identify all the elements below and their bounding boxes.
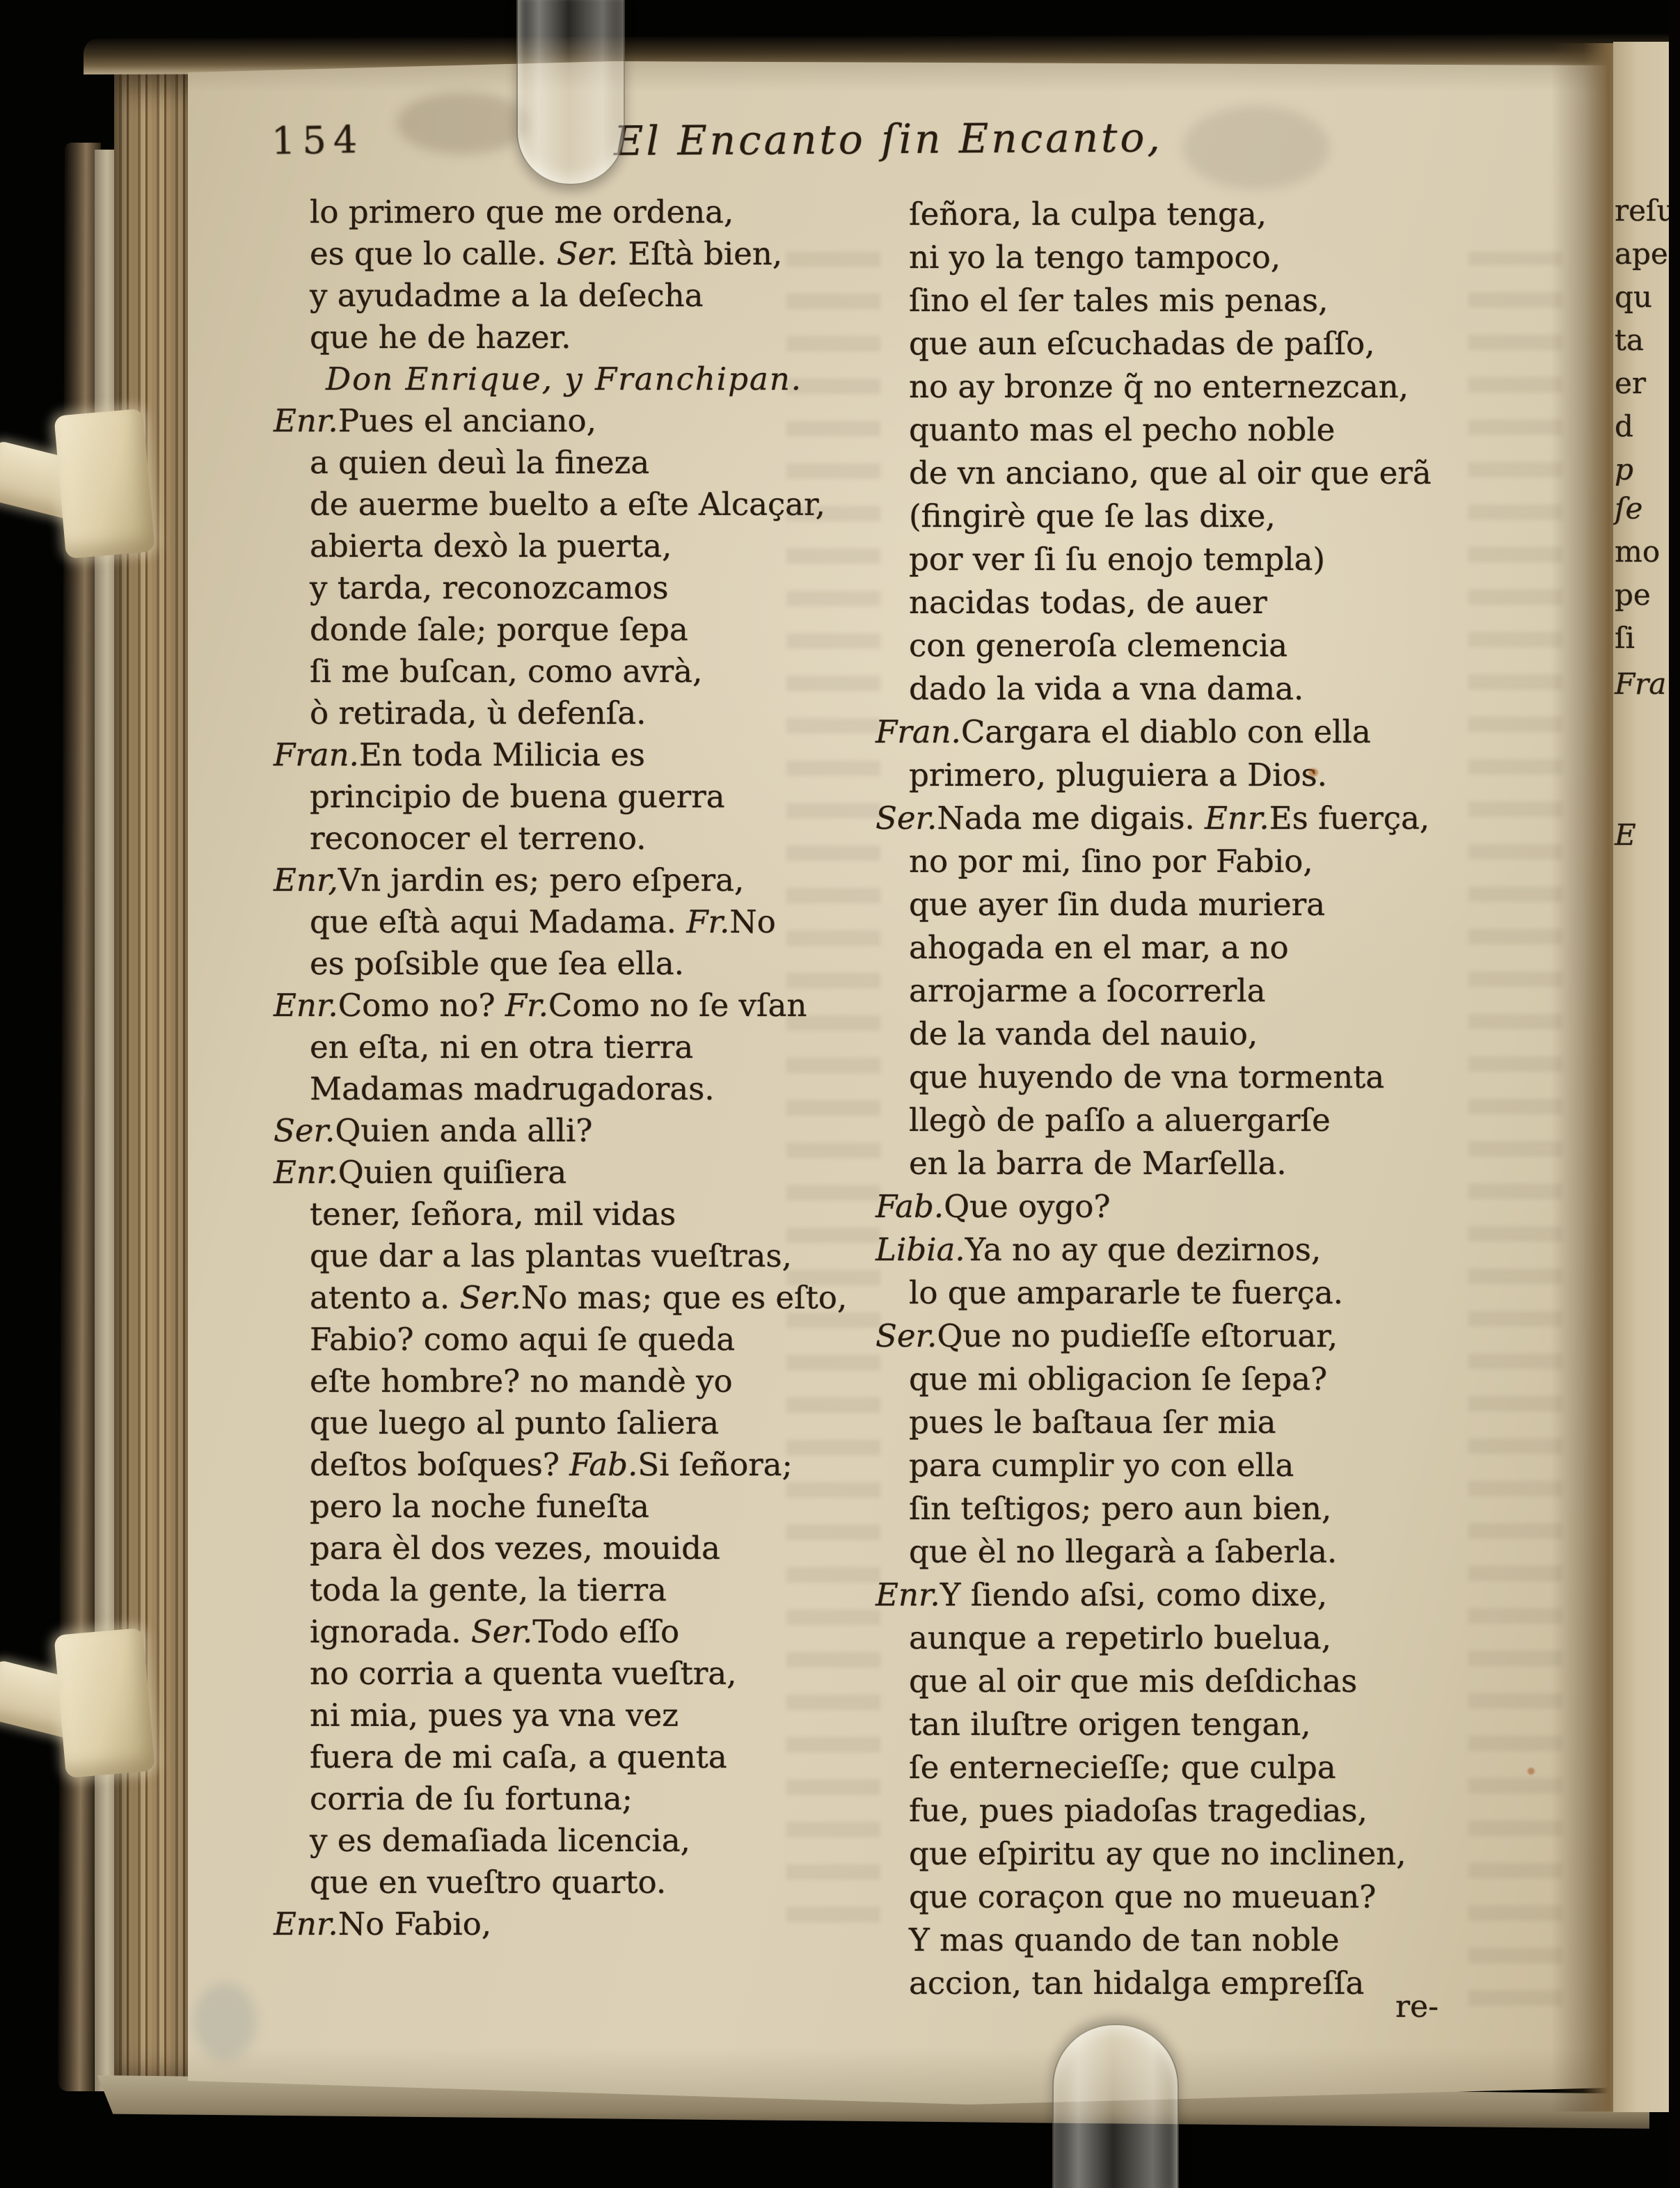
- verse-text: es poſsible que ſea ella.: [310, 945, 684, 982]
- text-column-right: ſeñora, la culpa tenga,ni yo la tengo ta…: [875, 193, 1432, 2005]
- verse-line: de la vanda del nauio,: [909, 1013, 1432, 1056]
- facing-page-text-fragment: ape: [1615, 237, 1668, 271]
- verse-line: accion, tan hidalga empreſſa: [909, 1962, 1432, 2005]
- speaker-abbr: Ser.: [875, 800, 937, 837]
- speaker-abbr: Libia.: [875, 1231, 965, 1268]
- verse-line: para èl dos vezes, mouida: [310, 1528, 847, 1569]
- speaker-abbr: Ser.: [471, 1613, 532, 1650]
- verse-text: Quien anda alli?: [335, 1112, 592, 1149]
- verse-text: eſte hombre? no mandè yo: [310, 1363, 733, 1400]
- verse-text: No mas; que es eſto,: [521, 1279, 847, 1316]
- verse-text: que dar a las plantas vueſtras,: [310, 1237, 792, 1274]
- verse-line: con generoſa clemencia: [909, 624, 1432, 667]
- verse-text: llegò de paſſo a aluergarſe: [909, 1102, 1331, 1139]
- verse-line: tan iluſtre origen tengan,: [909, 1703, 1432, 1746]
- verse-text: Como no?: [338, 987, 505, 1024]
- gutter-shadow: [1551, 43, 1623, 2111]
- verse-text: Fabio? como aqui ſe queda: [310, 1321, 735, 1358]
- speaker-abbr: Don Enrique, y Franchipan.: [326, 360, 802, 397]
- verse-text: que mi obligacion ſe ſepa?: [909, 1361, 1327, 1397]
- verse-line: Ser.Nada me digais. Enr.Es fuerça,: [875, 797, 1432, 840]
- verse-line: que aun eſcuchadas de paſſo,: [909, 322, 1432, 365]
- cloth-bookmark-top-knot: [54, 409, 154, 559]
- verse-line: principio de buena guerra: [310, 776, 847, 818]
- verse-text: que eſtà aqui Madama.: [310, 903, 686, 940]
- verse-text: que he de hazer.: [310, 319, 571, 356]
- verse-line: ni yo la tengo tampoco,: [909, 236, 1432, 279]
- verse-text: Que no pudieſſe eſtoruar,: [937, 1317, 1338, 1354]
- verse-text: no ay bronze q̃ no enternezcan,: [909, 368, 1409, 405]
- verse-line: ahogada en el mar, a no: [909, 926, 1432, 969]
- facing-page-text-fragment: qu: [1615, 280, 1652, 314]
- verse-line: Ser.Quien anda alli?: [274, 1110, 847, 1152]
- verse-text: Pues el anciano,: [338, 402, 596, 439]
- verse-line: ni mia, pues ya vna vez: [310, 1695, 847, 1736]
- verse-line: no corria a quenta vueſtra,: [310, 1653, 847, 1695]
- verse-text: ahogada en el mar, a no: [909, 929, 1289, 966]
- verse-text: Como no ſe vſan: [548, 987, 807, 1024]
- verse-text: pues le baſtaua ſer mia: [909, 1404, 1276, 1441]
- foxing-spot: [1528, 1768, 1535, 1775]
- verse-text: deſtos boſques?: [310, 1446, 569, 1483]
- verse-line: Don Enrique, y Franchipan.: [326, 358, 847, 400]
- verse-text: lo que ampararle te fuerça.: [909, 1274, 1343, 1311]
- verse-text: aunque a repetirlo buelua,: [909, 1619, 1331, 1656]
- verse-line: que coraçon que no mueuan?: [909, 1876, 1432, 1919]
- facing-page-text-fragment: p: [1615, 452, 1633, 486]
- verse-line: ſino el ſer tales mis penas,: [909, 279, 1432, 322]
- verse-text: pero la noche funeſta: [310, 1488, 649, 1525]
- verse-line: es poſsible que ſea ella.: [310, 943, 847, 985]
- speaker-abbr: Fab.: [875, 1188, 944, 1225]
- speaker-abbr: Ser.: [557, 235, 618, 272]
- verse-line: Enr.Pues el anciano,: [274, 400, 847, 442]
- verse-text: y tarda, reconozcamos: [310, 569, 669, 606]
- verse-line: en eſta, ni en otra tierra: [310, 1026, 847, 1068]
- verse-text: Cargara el diablo con ella: [961, 713, 1371, 750]
- verse-text: de vn anciano, que al oir que erã: [909, 454, 1432, 491]
- verse-line: que eſpiritu ay que no inclinen,: [909, 1832, 1432, 1876]
- verse-text: ſe enternecieſſe; que culpa: [909, 1749, 1336, 1786]
- show-through-ghost: [786, 252, 880, 1922]
- verse-line: arrojarme a ſocorrerla: [909, 969, 1432, 1013]
- verse-text: que al oir que mis deſdichas: [909, 1663, 1357, 1699]
- verse-text: ò retirada, ù defenſa.: [310, 695, 646, 731]
- facing-page-text-fragment: pe: [1615, 578, 1651, 612]
- verse-text: para cumplir yo con ella: [909, 1447, 1294, 1484]
- verse-line: nacidas todas, de auer: [909, 581, 1432, 624]
- verse-line: llegò de paſſo a aluergarſe: [909, 1099, 1432, 1142]
- stain: [397, 92, 529, 154]
- verse-line: Libia.Ya no ay que dezirnos,: [875, 1228, 1432, 1271]
- verse-line: que ayer ſin duda muriera: [909, 883, 1432, 926]
- facing-page-text-fragment: reſu: [1615, 193, 1672, 228]
- verse-text: en la barra de Marſella.: [909, 1145, 1287, 1182]
- speaker-abbr: Fr.: [505, 987, 548, 1024]
- verse-text: Vn jardin es; pero eſpera,: [338, 862, 744, 898]
- verse-line: que èl no llegarà a ſaberla.: [909, 1530, 1432, 1573]
- verse-text: Quien quiſiera: [338, 1154, 566, 1191]
- verse-line: Enr,Vn jardin es; pero eſpera,: [274, 859, 847, 901]
- verse-text: ſin teſtigos; pero aun bien,: [909, 1490, 1331, 1527]
- verse-text: por ver ſi ſu enojo templa): [909, 541, 1325, 578]
- verse-text: no corria a quenta vueſtra,: [310, 1655, 736, 1692]
- speaker-abbr: Fran.: [274, 736, 359, 773]
- verse-line: primero, pluguiera a Dios.: [909, 754, 1432, 797]
- facing-page-text-fragment: d: [1615, 409, 1633, 443]
- verse-text: accion, tan hidalga empreſſa: [909, 1965, 1364, 2001]
- verse-line: de auerme buelto a eſte Alcaçar,: [310, 484, 847, 525]
- verse-text: en eſta, ni en otra tierra: [310, 1029, 693, 1065]
- verse-text: con generoſa clemencia: [909, 627, 1287, 664]
- verse-text: que èl no llegarà a ſaberla.: [909, 1533, 1337, 1570]
- facing-page-text-fragment: ſi: [1615, 621, 1635, 655]
- verse-text: abierta dexò la puerta,: [310, 528, 672, 564]
- verse-text: arrojarme a ſocorrerla: [909, 972, 1265, 1009]
- verse-line: que eſtà aqui Madama. Fr.No: [310, 901, 847, 943]
- verse-line: Y mas quando de tan noble: [909, 1919, 1432, 1962]
- verse-text: de auerme buelto a eſte Alcaçar,: [310, 486, 825, 523]
- verse-text: ignorada.: [310, 1613, 471, 1650]
- verse-text: fue, pues piadoſas tragedias,: [909, 1792, 1368, 1829]
- verse-text: nacidas todas, de auer: [909, 584, 1267, 621]
- verse-text: que coraçon que no mueuan?: [909, 1878, 1376, 1915]
- verse-line: y es demaſiada licencia,: [310, 1820, 847, 1862]
- verse-text: donde ſale; porque ſepa: [310, 611, 688, 648]
- verse-line: abierta dexò la puerta,: [310, 525, 847, 567]
- verse-text: tener, ſeñora, mil vidas: [310, 1196, 676, 1232]
- catchword: re-: [1395, 1989, 1439, 2024]
- verse-line: Enr.Como no? Fr.Como no ſe vſan: [274, 985, 847, 1026]
- verse-line: Madamas madrugadoras.: [310, 1068, 847, 1110]
- verse-line: pues le baſtaua ſer mia: [909, 1401, 1432, 1444]
- verse-line: Enr.Y ſiendo aſsi, como dixe,: [875, 1573, 1432, 1617]
- verse-text: que ayer ſin duda muriera: [909, 886, 1325, 923]
- verse-text: primero, pluguiera a Dios.: [909, 756, 1327, 793]
- verse-text: fuera de mi caſa, a quenta: [310, 1738, 727, 1775]
- verse-text: Y mas quando de tan noble: [909, 1921, 1340, 1958]
- speaker-abbr: Enr,: [274, 862, 338, 898]
- book-page: 154 El Encanto ſin Encanto, lo primero q…: [188, 43, 1608, 2110]
- verse-text: dado la vida a vna dama.: [909, 670, 1303, 707]
- verse-line: Fab.Que oygo?: [875, 1185, 1432, 1228]
- verse-text: ni mia, pues ya vna vez: [310, 1697, 679, 1734]
- verse-line: que dar a las plantas vueſtras,: [310, 1235, 847, 1277]
- speaker-abbr: Fr.: [686, 903, 729, 940]
- verse-text: Eſtà bien,: [618, 235, 782, 272]
- verse-text: En toda Milicia es: [359, 736, 645, 773]
- page-number: 154: [271, 118, 364, 163]
- verse-text: ſino el ſer tales mis penas,: [909, 282, 1328, 319]
- verse-line: a quien deuì la fineza: [310, 442, 847, 484]
- speaker-abbr: Fran.: [875, 713, 961, 750]
- verse-text: toda la gente, la tierra: [310, 1571, 667, 1608]
- verse-line: ſi me buſcan, como avrà,: [310, 651, 847, 692]
- foxing-spot: [1308, 768, 1318, 777]
- verse-text: para èl dos vezes, mouida: [310, 1530, 720, 1567]
- verse-line: Ser.Que no pudieſſe eſtoruar,: [875, 1315, 1432, 1358]
- speaker-abbr: Enr.: [274, 987, 338, 1024]
- verse-line: ſe enternecieſſe; que culpa: [909, 1746, 1432, 1789]
- verse-line: es que lo calle. Ser. Eſtà bien,: [310, 233, 847, 275]
- verse-line: ignorada. Ser.Todo eſſo: [310, 1611, 847, 1653]
- verse-text: (fingirè que ſe las dixe,: [909, 498, 1276, 534]
- show-through-ghost: [1468, 252, 1562, 2006]
- verse-line: eſte hombre? no mandè yo: [310, 1361, 847, 1402]
- plastic-strap-bottom: [1052, 2024, 1179, 2188]
- speaker-abbr: Ser.: [459, 1279, 521, 1316]
- verse-text: Es fuerça,: [1269, 800, 1429, 837]
- verse-line: de vn anciano, que al oir que erã: [909, 452, 1432, 495]
- verse-line: ò retirada, ù defenſa.: [310, 692, 847, 734]
- verse-text: y ayudadme a la deſecha: [310, 277, 703, 314]
- verse-text: ni yo la tengo tampoco,: [909, 239, 1281, 276]
- speaker-abbr: Enr.: [875, 1576, 940, 1613]
- verse-line: corria de ſu fortuna;: [310, 1778, 847, 1820]
- verse-line: y ayudadme a la deſecha: [310, 275, 847, 317]
- text-column-left: lo primero que me ordena,es que lo calle…: [274, 191, 847, 1945]
- verse-line: reconocer el terreno.: [310, 818, 847, 859]
- verse-line: ſeñora, la culpa tenga,: [909, 193, 1432, 236]
- verse-line: dado la vida a vna dama.: [909, 667, 1432, 711]
- verse-text: principio de buena guerra: [310, 778, 724, 815]
- facing-page-text-fragment: mo: [1615, 534, 1660, 569]
- verse-text: tan iluſtre origen tengan,: [909, 1706, 1311, 1743]
- running-title: El Encanto ſin Encanto,: [614, 113, 1163, 165]
- verse-text: Madamas madrugadoras.: [310, 1070, 715, 1107]
- verse-line: atento a. Ser.No mas; que es eſto,: [310, 1277, 847, 1319]
- verse-text: No Fabio,: [338, 1905, 491, 1942]
- verse-line: en la barra de Marſella.: [909, 1142, 1432, 1185]
- verse-line: Fran.En toda Milicia es: [274, 734, 847, 776]
- verse-line: ſin teſtigos; pero aun bien,: [909, 1487, 1432, 1530]
- page-block-fore-edge: [114, 66, 195, 2095]
- verse-line: fuera de mi caſa, a quenta: [310, 1736, 847, 1778]
- verse-line: que huyendo de vna tormenta: [909, 1056, 1432, 1099]
- facing-page-sliver: reſuapequtaerdpſemopeſiFraE: [1613, 42, 1672, 2112]
- verse-text: atento a.: [310, 1279, 459, 1316]
- plastic-strap-top: [516, 0, 625, 185]
- verse-text: que luego al punto ſaliera: [310, 1404, 719, 1441]
- photo-edge: [1669, 0, 1680, 2188]
- verse-line: (fingirè que ſe las dixe,: [909, 495, 1432, 538]
- verse-text: reconocer el terreno.: [310, 820, 646, 857]
- verse-line: que al oir que mis deſdichas: [909, 1660, 1432, 1703]
- verse-line: por ver ſi ſu enojo templa): [909, 538, 1432, 581]
- verse-text: que eſpiritu ay que no inclinen,: [909, 1835, 1406, 1872]
- verse-line: toda la gente, la tierra: [310, 1569, 847, 1611]
- verse-text: ſeñora, la culpa tenga,: [909, 196, 1267, 232]
- verse-text: Nada me digais.: [937, 800, 1205, 837]
- verse-text: y es demaſiada licencia,: [310, 1822, 690, 1859]
- verse-line: Enr.No Fabio,: [274, 1903, 847, 1945]
- verse-line: quanto mas el pecho noble: [909, 409, 1432, 452]
- stain: [1183, 106, 1329, 189]
- verse-text: que huyendo de vna tormenta: [909, 1059, 1384, 1095]
- verse-line: fue, pues piadoſas tragedias,: [909, 1789, 1432, 1832]
- verse-text: ſi me buſcan, como avrà,: [310, 653, 702, 690]
- facing-page-text-fragment: E: [1615, 818, 1636, 852]
- verse-line: tener, ſeñora, mil vidas: [310, 1194, 847, 1235]
- facing-page-text-fragment: ta: [1615, 323, 1644, 357]
- facing-page-text-fragment: er: [1615, 366, 1646, 400]
- book-photo: 154 El Encanto ſin Encanto, lo primero q…: [0, 0, 1680, 2188]
- verse-text: quanto mas el pecho noble: [909, 411, 1335, 448]
- verse-text: Ya no ay que dezirnos,: [965, 1231, 1322, 1268]
- verse-text: que aun eſcuchadas de paſſo,: [909, 325, 1374, 362]
- verse-line: que luego al punto ſaliera: [310, 1402, 847, 1444]
- verse-line: deſtos boſques? Fab.Si ſeñora;: [310, 1444, 847, 1486]
- verse-line: para cumplir yo con ella: [909, 1444, 1432, 1487]
- speaker-abbr: Ser.: [274, 1112, 335, 1149]
- verse-line: Enr.Quien quiſiera: [274, 1152, 847, 1194]
- verse-text: es que lo calle.: [310, 235, 557, 272]
- verse-text: lo primero que me ordena,: [310, 193, 734, 230]
- speaker-abbr: Ser.: [875, 1317, 937, 1354]
- speaker-abbr: Enr.: [274, 1905, 338, 1942]
- verse-line: Fran.Cargara el diablo con ella: [875, 711, 1432, 754]
- verse-text: No: [729, 903, 775, 940]
- verse-line: no por mi, ſino por Fabio,: [909, 840, 1432, 883]
- speaker-abbr: Enr.: [274, 1154, 338, 1191]
- verse-text: Y ſiendo aſsi, como dixe,: [940, 1576, 1327, 1613]
- cloth-bookmark-bottom-knot: [54, 1628, 154, 1778]
- speaker-abbr: Fab.: [569, 1446, 637, 1483]
- facing-page-text-fragment: ſe: [1615, 491, 1642, 525]
- verse-text: que en vueſtro quarto.: [310, 1864, 666, 1901]
- verse-line: que en vueſtro quarto.: [310, 1862, 847, 1903]
- speaker-abbr: Enr.: [1205, 800, 1269, 837]
- verse-text: de la vanda del nauio,: [909, 1015, 1258, 1052]
- verse-line: donde ſale; porque ſepa: [310, 609, 847, 651]
- verse-line: lo primero que me ordena,: [310, 191, 847, 233]
- verse-line: Fabio? como aqui ſe queda: [310, 1319, 847, 1361]
- verse-text: no por mi, ſino por Fabio,: [909, 843, 1313, 880]
- verse-text: Si ſeñora;: [637, 1446, 792, 1483]
- verse-line: que mi obligacion ſe ſepa?: [909, 1358, 1432, 1401]
- verse-line: lo que ampararle te fuerça.: [909, 1271, 1432, 1315]
- verse-text: Todo eſſo: [532, 1613, 679, 1650]
- verse-text: corria de ſu fortuna;: [310, 1780, 633, 1817]
- speaker-abbr: Enr.: [274, 402, 338, 439]
- verse-line: aunque a repetirlo buelua,: [909, 1617, 1432, 1660]
- verse-line: pero la noche funeſta: [310, 1486, 847, 1528]
- facing-page-text-fragment: Fra: [1615, 667, 1666, 701]
- verse-line: y tarda, reconozcamos: [310, 567, 847, 609]
- verse-line: no ay bronze q̃ no enternezcan,: [909, 365, 1432, 409]
- verse-line: que he de hazer.: [310, 317, 847, 358]
- verse-text: a quien deuì la fineza: [310, 444, 649, 481]
- verse-text: Que oygo?: [944, 1188, 1110, 1225]
- stain: [193, 1983, 256, 2060]
